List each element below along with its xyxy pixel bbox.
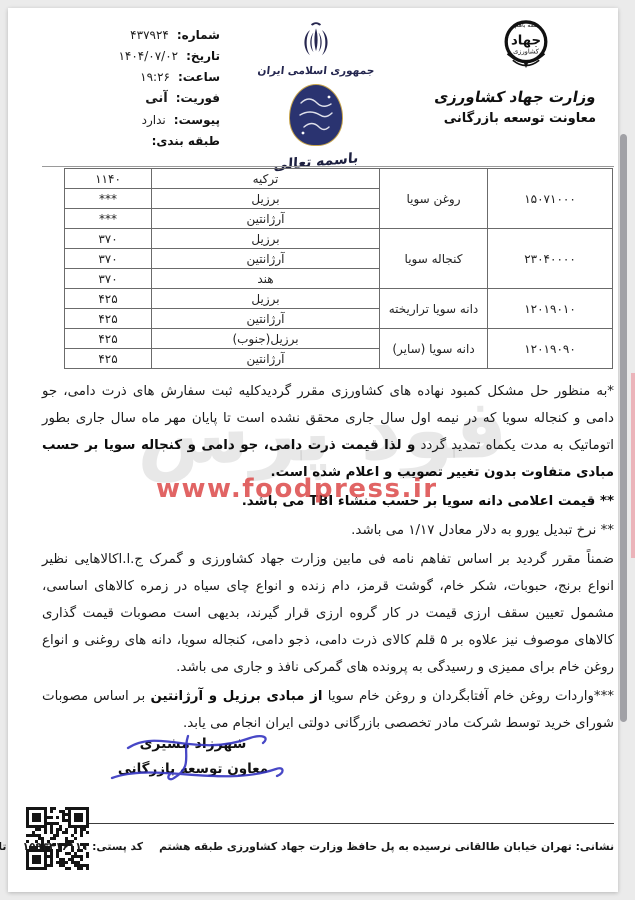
- iran-emblem-icon: [295, 18, 337, 64]
- meta-time: ساعت: ۱۹:۲۶: [34, 70, 220, 84]
- price-value: ۳۷۰: [65, 229, 152, 249]
- table-row: ۱۲۰۱۹۰۹۰ دانه سویا (سایر) برزیل(جنوب) ۴۲…: [65, 329, 613, 349]
- footer-phone: تلفن : ۴۳۵۴۴۸۰۰: [0, 840, 6, 853]
- year-slogan-badge: [289, 84, 343, 146]
- letter-page: شماره: ۴۳۷۹۲۴ تاریخ: ۱۴۰۴/۰۷/۰۲ ساعت: ۱۹…: [8, 8, 618, 892]
- meta-date-label: تاریخ:: [186, 49, 220, 63]
- hs-code: ۲۳۰۴۰۰۰۰: [488, 229, 613, 289]
- origin-country: ترکیه: [152, 169, 380, 189]
- origin-country: آرژانتین: [152, 209, 380, 229]
- header-divider: [42, 166, 614, 167]
- price-value: ۴۲۵: [65, 349, 152, 369]
- price-value: ***: [65, 209, 152, 229]
- meta-number-label: شماره:: [177, 28, 220, 42]
- department-name: معاونت توسعه بازرگانی: [456, 111, 596, 126]
- badge-calligraphy: [291, 85, 341, 143]
- meta-classification: طبقه بندی:: [34, 134, 220, 148]
- paragraph-euro-rate: ** نرخ تبدیل یورو به دلار معادل ۱/۱۷ می …: [42, 517, 614, 544]
- meta-date: تاریخ: ۱۴۰۴/۰۷/۰۲: [34, 49, 220, 63]
- paragraph-imports: ***واردات روغن خام آفتابگردان و روغن خام…: [42, 683, 614, 737]
- price-value: ۳۷۰: [65, 249, 152, 269]
- qr-code: [26, 807, 89, 870]
- signer-name: شهرزاد مشیری: [108, 736, 278, 752]
- price-value: ۴۲۵: [65, 309, 152, 329]
- price-value: ۴۲۵: [65, 329, 152, 349]
- hs-code: ۱۵۰۷۱۰۰۰: [488, 169, 613, 229]
- origin-country: برزیل: [152, 289, 380, 309]
- price-value: ***: [65, 189, 152, 209]
- svg-text:همه باهم: همه باهم: [515, 22, 537, 29]
- commodity: کنجاله سویا: [380, 229, 488, 289]
- letter-meta: شماره: ۴۳۷۹۲۴ تاریخ: ۱۴۰۴/۰۷/۰۲ ساعت: ۱۹…: [34, 28, 220, 155]
- vertical-scrollbar-thumb[interactable]: [620, 134, 627, 722]
- footer-divider: [88, 823, 614, 824]
- meta-attachment: پیوست: ندارد: [34, 113, 220, 127]
- origin-country: آرژانتین: [152, 309, 380, 329]
- origin-country: برزیل: [152, 229, 380, 249]
- commodity: دانه سویا تراریخته: [380, 289, 488, 329]
- footer: نشانی: تهران خیابان طالقانی نرسیده به پل…: [88, 840, 614, 853]
- hs-code: ۱۲۰۱۹۰۱۰: [488, 289, 613, 329]
- meta-classification-label: طبقه بندی:: [152, 134, 220, 148]
- meta-time-label: ساعت:: [178, 70, 220, 84]
- paragraph-extension: *به منظور حل مشکل کمبود نهاده های کشاورز…: [42, 378, 614, 486]
- document-viewer: { "header": { "meta": { "rows": [ {"labe…: [0, 0, 635, 900]
- paragraph-soy-price-basis: ** قیمت اعلامی دانه سویا بر حسب منشاء TB…: [42, 488, 614, 515]
- paragraph-imports-text-a: ***واردات روغن خام آفتابگردان و روغن خام…: [322, 689, 614, 704]
- country-name: جمهوری اسلامی ایران: [250, 65, 381, 77]
- paragraph-mou-customs: ضمناً مقرر گردید بر اساس تفاهم نامه فی م…: [42, 546, 614, 681]
- meta-urgency-value: آنی: [145, 91, 168, 106]
- edge-watermark-sliver: [631, 373, 635, 558]
- price-value: ۳۷۰: [65, 269, 152, 289]
- hs-code: ۱۲۰۱۹۰۹۰: [488, 329, 613, 369]
- header-center: جمهوری اسلامی ایران باسمه تعالی: [251, 16, 381, 170]
- jihad-keshavarzi-logo-icon: همه باهم جهاد کشاورزی: [493, 14, 559, 84]
- meta-date-value: ۱۴۰۴/۰۷/۰۲: [118, 49, 178, 63]
- commodity: دانه سویا (سایر): [380, 329, 488, 369]
- letter-body: *به منظور حل مشکل کمبود نهاده های کشاورز…: [42, 378, 614, 739]
- svg-text:جهاد: جهاد: [511, 33, 541, 48]
- origin-country: برزیل(جنوب): [152, 329, 380, 349]
- meta-number-value: ۴۳۷۹۲۴: [130, 28, 169, 42]
- meta-attachment-label: پیوست:: [174, 113, 220, 127]
- origin-country: آرژانتین: [152, 349, 380, 369]
- header-ministry: همه باهم جهاد کشاورزی وزارت جهاد کشاورزی…: [456, 14, 596, 126]
- ministry-name: وزارت جهاد کشاورزی: [454, 88, 597, 106]
- commodity-rates-table: ۱۵۰۷۱۰۰۰ روغن سویا ترکیه ۱۱۴۰ برزیل *** …: [64, 168, 613, 369]
- signer-title: معاون توسعه بازرگانی: [108, 761, 278, 777]
- footer-postal-code: کد پستی: ۱۵۹۳۴۱۶۱۱۱: [22, 840, 143, 853]
- table-row: ۲۳۰۴۰۰۰۰ کنجاله سویا برزیل ۳۷۰: [65, 229, 613, 249]
- origin-country: آرژانتین: [152, 249, 380, 269]
- price-value: ۱۱۴۰: [65, 169, 152, 189]
- meta-number: شماره: ۴۳۷۹۲۴: [34, 28, 220, 42]
- meta-urgency: فوریت: آنی: [34, 91, 220, 106]
- svg-text:کشاورزی: کشاورزی: [513, 48, 540, 56]
- origin-country: هند: [152, 269, 380, 289]
- meta-attachment-value: ندارد: [142, 113, 166, 127]
- price-value: ۴۲۵: [65, 289, 152, 309]
- table-row: ۱۲۰۱۹۰۱۰ دانه سویا تراریخته برزیل ۴۲۵: [65, 289, 613, 309]
- paragraph-imports-bold: از مبادی برزیل و آرژانتین: [150, 689, 322, 704]
- meta-urgency-label: فوریت:: [176, 91, 220, 105]
- commodity: روغن سویا: [380, 169, 488, 229]
- table-row: ۱۵۰۷۱۰۰۰ روغن سویا ترکیه ۱۱۴۰: [65, 169, 613, 189]
- meta-time-value: ۱۹:۲۶: [140, 70, 170, 84]
- footer-address: نشانی: تهران خیابان طالقانی نرسیده به پل…: [159, 840, 614, 853]
- signature-block: شهرزاد مشیری معاون توسعه بازرگانی: [108, 736, 278, 777]
- origin-country: برزیل: [152, 189, 380, 209]
